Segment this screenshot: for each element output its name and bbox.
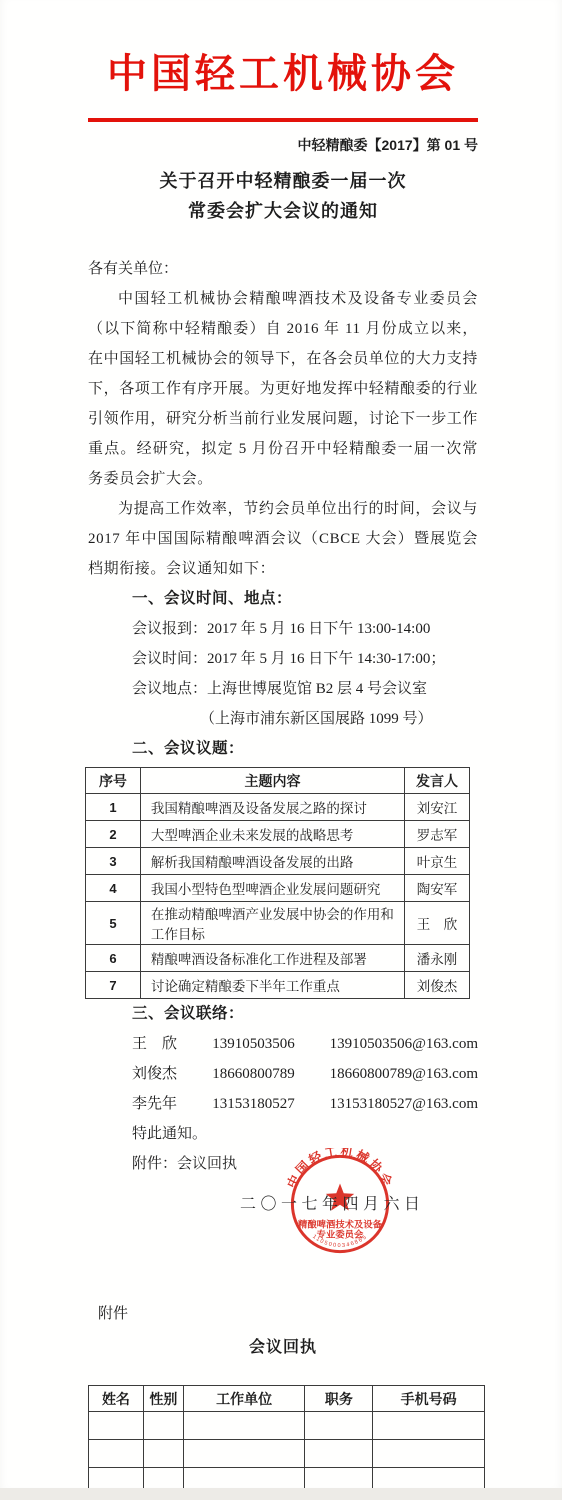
contact-email: 13910503506@163.com [330,1029,478,1059]
return-col-gender: 性别 [143,1386,183,1412]
return-col-phone: 手机号码 [373,1386,485,1412]
agenda-row-no: 6 [86,945,141,972]
agenda-row-no: 2 [86,821,141,848]
contact-email: 13153180527@163.com [330,1089,478,1119]
agenda-row-speaker: 陶安军 [405,875,470,902]
body-paragraph-2: 为提高工作效率，节约会员单位出行的时间，会议与 2017 年中国国际精酿啤酒会议… [88,494,478,584]
return-slip-table: 姓名 性别 工作单位 职务 手机号码 [88,1385,485,1496]
empty-cell [143,1412,183,1440]
attachment-title: 会议回执 [88,1333,478,1363]
table-row: 7 讨论确定精酿委下半年工作重点 刘俊杰 [86,972,470,999]
agenda-row-topic: 讨论确定精酿委下半年工作重点 [140,972,404,999]
agenda-row-no: 1 [86,794,141,821]
agenda-col-speaker: 发言人 [405,768,470,794]
scan-edge-shadow [0,1488,562,1500]
empty-cell [305,1440,373,1468]
empty-cell [373,1412,485,1440]
agenda-row-no: 5 [86,902,141,945]
agenda-col-topic: 主题内容 [140,768,404,794]
agenda-row-speaker: 罗志军 [405,821,470,848]
notice-title: 关于召开中轻精酿委一届一次 常委会扩大会议的通知 [88,166,478,226]
empty-cell [373,1440,485,1468]
empty-cell [89,1440,144,1468]
contact-row: 李先年 13153180527 13153180527@163.com [132,1089,478,1119]
table-row: 1 我国精酿啤酒及设备发展之路的探讨 刘安江 [86,794,470,821]
empty-cell [183,1412,305,1440]
agenda-table: 序号 主题内容 发言人 1 我国精酿啤酒及设备发展之路的探讨 刘安江 2 大型啤… [85,767,470,999]
meeting-checkin-line: 会议报到：2017 年 5 月 16 日下午 13:00-14:00 [132,614,478,644]
attachment-label: 附件 [98,1299,478,1329]
contact-email: 18660800789@163.com [330,1059,478,1089]
table-row: 2 大型啤酒企业未来发展的战略思考 罗志军 [86,821,470,848]
agenda-header-row: 序号 主题内容 发言人 [86,768,470,794]
agenda-row-speaker: 王 欣 [405,902,470,945]
agenda-row-speaker: 刘安江 [405,794,470,821]
agenda-row-speaker: 叶京生 [405,848,470,875]
body-paragraph-1: 中国轻工机械协会精酿啤酒技术及设备专业委员会（以下简称中轻精酿委）自 2016 … [88,284,478,494]
notice-title-line1: 关于召开中轻精酿委一届一次 [88,166,478,196]
table-row: 5 在推动精酿啤酒产业发展中协会的作用和工作目标 王 欣 [86,902,470,945]
document-content: 中国轻工机械协会 中轻精酿委【2017】第 01 号 关于召开中轻精酿委一届一次… [0,0,562,1496]
agenda-row-topic: 大型啤酒企业未来发展的战略思考 [140,821,404,848]
section-heading-time-place: 一、会议时间、地点： [132,584,478,614]
contact-name: 王 欣 [132,1029,212,1059]
contact-row: 王 欣 13910503506 13910503506@163.com [132,1029,478,1059]
agenda-col-no: 序号 [86,768,141,794]
contact-phone: 13153180527 [212,1089,329,1119]
empty-cell [305,1412,373,1440]
org-name-title: 中国轻工机械协会 [88,50,478,98]
agenda-row-topic: 我国精酿啤酒及设备发展之路的探讨 [140,794,404,821]
agenda-row-no: 3 [86,848,141,875]
section-heading-agenda: 二、会议议题： [132,734,478,764]
salutation: 各有关单位： [88,254,478,284]
contact-name: 刘俊杰 [132,1059,212,1089]
agenda-row-no: 4 [86,875,141,902]
empty-cell [143,1440,183,1468]
agenda-row-speaker: 刘俊杰 [405,972,470,999]
contact-phone: 13910503506 [212,1029,329,1059]
contact-row: 刘俊杰 18660800789 18660800789@163.com [132,1059,478,1089]
document-page: 中国轻工机械协会 中轻精酿委【2017】第 01 号 关于召开中轻精酿委一届一次… [0,0,562,1500]
agenda-row-topic: 解析我国精酿啤酒设备发展的出路 [140,848,404,875]
red-divider-rule [88,118,478,122]
table-row [89,1440,485,1468]
return-col-org: 工作单位 [183,1386,305,1412]
empty-cell [89,1412,144,1440]
agenda-row-topic: 我国小型特色型啤酒企业发展问题研究 [140,875,404,902]
agenda-row-topic: 在推动精酿啤酒产业发展中协会的作用和工作目标 [140,902,404,945]
seal-line2: 专业委员会 [317,1229,364,1240]
signoff-area: 中国轻工机械协会 精酿啤酒技术及设备 专业委员会 1105000346865 二… [88,1179,478,1291]
meeting-address-note: （上海市浦东新区国展路 1099 号） [200,704,478,734]
closing-line: 特此通知。 [132,1119,478,1149]
meeting-place-line: 会议地点：上海世博展览馆 B2 层 4 号会议室 [132,674,478,704]
table-row [89,1412,485,1440]
table-row: 6 精酿啤酒设备标准化工作进程及部署 潘永刚 [86,945,470,972]
table-row: 3 解析我国精酿啤酒设备发展的出路 叶京生 [86,848,470,875]
signoff-date: 二〇一七年四月六日 [240,1191,425,1214]
agenda-row-no: 7 [86,972,141,999]
table-row: 4 我国小型特色型啤酒企业发展问题研究 陶安军 [86,875,470,902]
empty-cell [183,1440,305,1468]
section-heading-contact: 三、会议联络： [132,999,478,1029]
return-col-duty: 职务 [305,1386,373,1412]
return-table-header-row: 姓名 性别 工作单位 职务 手机号码 [89,1386,485,1412]
meeting-time-line: 会议时间：2017 年 5 月 16 日下午 14:30-17:00； [132,644,478,674]
agenda-row-topic: 精酿啤酒设备标准化工作进程及部署 [140,945,404,972]
agenda-row-speaker: 潘永刚 [405,945,470,972]
notice-title-line2: 常委会扩大会议的通知 [88,196,478,226]
contact-phone: 18660800789 [212,1059,329,1089]
return-col-name: 姓名 [89,1386,144,1412]
document-number: 中轻精酿委【2017】第 01 号 [88,136,478,154]
contact-name: 李先年 [132,1089,212,1119]
seal-line1: 精酿啤酒技术及设备 [297,1218,383,1229]
